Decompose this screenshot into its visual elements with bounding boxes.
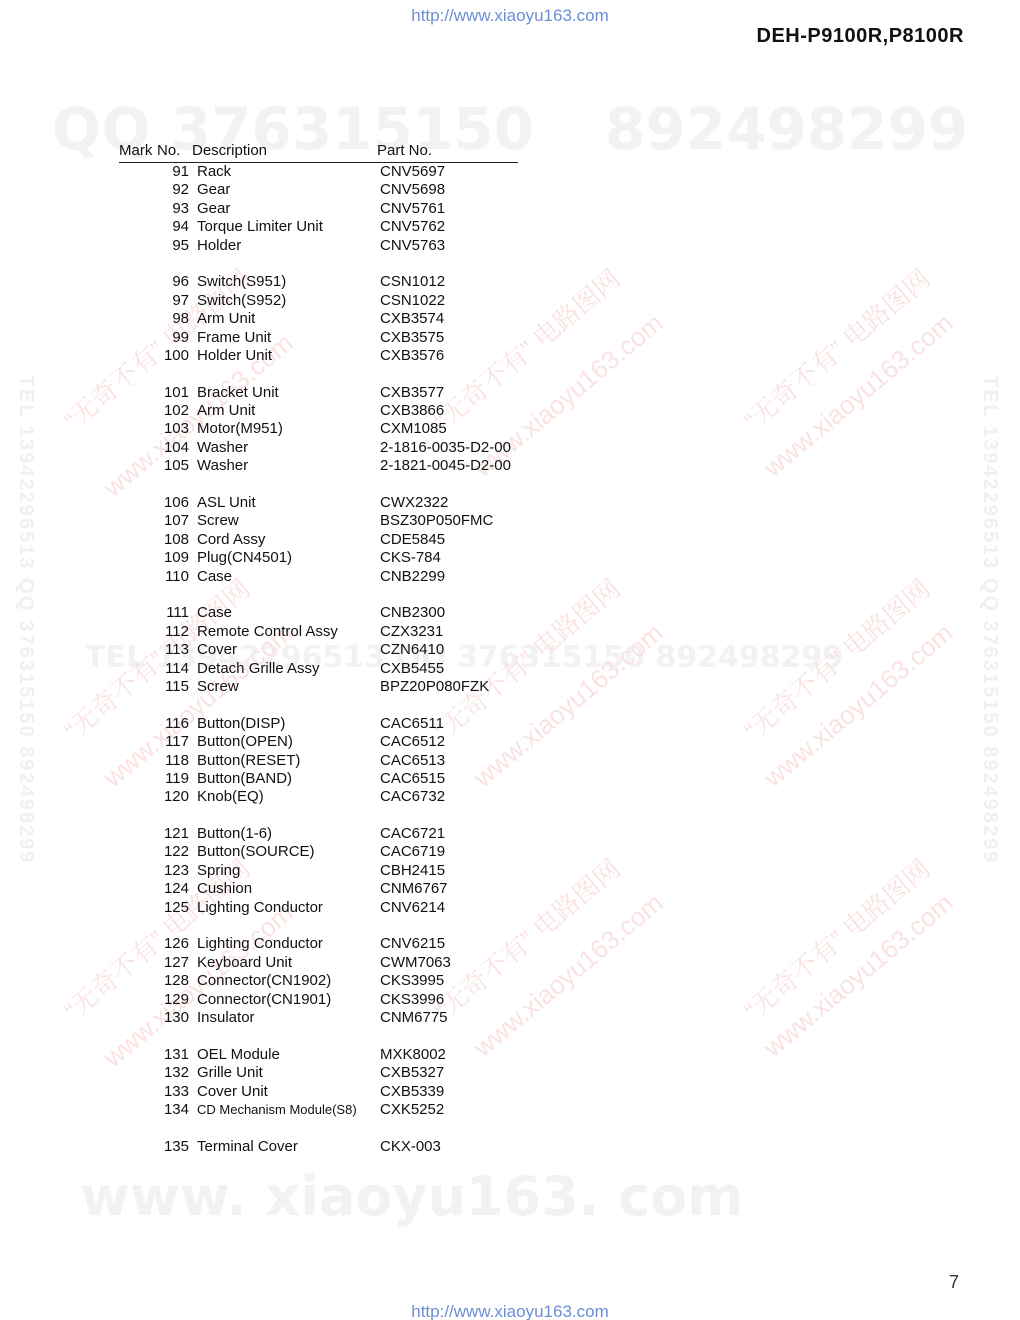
group-spacer [119, 586, 518, 604]
header-no: No. [157, 142, 187, 162]
row-description: Insulator [189, 1009, 380, 1027]
row-description: Arm Unit [189, 402, 380, 420]
group-spacer [119, 1027, 518, 1045]
row-description: Switch(S951) [189, 273, 380, 291]
row-part-no: CNV5698 [380, 181, 518, 199]
row-part-no: CAC6511 [380, 715, 518, 733]
row-description: Arm Unit [189, 310, 380, 328]
row-mark [119, 752, 157, 770]
row-description: Bracket Unit [189, 384, 380, 402]
row-no: 100 [157, 347, 189, 365]
row-no: 104 [157, 439, 189, 457]
row-description: Grille Unit [189, 1064, 380, 1082]
row-description: CD Mechanism Module(S8) [189, 1101, 380, 1119]
row-part-no: CWX2322 [380, 494, 518, 512]
row-no: 94 [157, 218, 189, 236]
row-no: 132 [157, 1064, 189, 1082]
row-mark [119, 935, 157, 953]
row-no: 126 [157, 935, 189, 953]
group-spacer [119, 917, 518, 935]
table-row: 96Switch(S951)CSN1012 [119, 273, 518, 291]
row-description: Washer [189, 439, 380, 457]
table-row: 131OEL ModuleMXK8002 [119, 1046, 518, 1064]
row-no: 125 [157, 899, 189, 917]
row-mark [119, 1083, 157, 1101]
row-mark [119, 237, 157, 255]
row-description: Button(DISP) [189, 715, 380, 733]
row-no: 117 [157, 733, 189, 751]
row-mark [119, 1046, 157, 1064]
page-number: 7 [949, 1272, 959, 1293]
row-part-no: CXM1085 [380, 420, 518, 438]
row-no: 102 [157, 402, 189, 420]
row-part-no: CXB3575 [380, 329, 518, 347]
row-no: 98 [157, 310, 189, 328]
table-row: 117Button(OPEN)CAC6512 [119, 733, 518, 751]
row-no: 128 [157, 972, 189, 990]
header-mark: Mark [119, 142, 157, 162]
row-description: Cover [189, 641, 380, 659]
row-description: Case [189, 604, 380, 622]
row-mark [119, 384, 157, 402]
row-mark [119, 623, 157, 641]
header-url-link[interactable]: http://www.xiaoyu163.com [0, 6, 1020, 26]
model-title: DEH-P9100R,P8100R [757, 25, 965, 48]
group-spacer [119, 365, 518, 383]
row-part-no: CNM6767 [380, 880, 518, 898]
table-row: 97Switch(S952)CSN1022 [119, 292, 518, 310]
row-no: 106 [157, 494, 189, 512]
row-mark [119, 200, 157, 218]
table-row: 104Washer2-1816-0035-D2-00 [119, 439, 518, 457]
row-mark [119, 641, 157, 659]
row-part-no: CXB3576 [380, 347, 518, 365]
row-no: 133 [157, 1083, 189, 1101]
row-no: 122 [157, 843, 189, 861]
row-mark [119, 972, 157, 990]
table-body: 91RackCNV569792GearCNV569893GearCNV57619… [119, 163, 518, 1156]
parts-list-table: Mark No. Description Part No. 91RackCNV5… [119, 142, 518, 1156]
table-row: 108Cord AssyCDE5845 [119, 531, 518, 549]
row-mark [119, 329, 157, 347]
header-description: Description [187, 142, 377, 162]
row-part-no: CNM6775 [380, 1009, 518, 1027]
row-part-no: 2-1816-0035-D2-00 [380, 439, 518, 457]
row-part-no: CSN1022 [380, 292, 518, 310]
row-part-no: CXB5339 [380, 1083, 518, 1101]
row-mark [119, 678, 157, 696]
row-part-no: CBH2415 [380, 862, 518, 880]
row-no: 101 [157, 384, 189, 402]
row-part-no: CNB2299 [380, 568, 518, 586]
table-row: 116Button(DISP)CAC6511 [119, 715, 518, 733]
row-mark [119, 788, 157, 806]
row-description: Holder [189, 237, 380, 255]
table-row: 95HolderCNV5763 [119, 237, 518, 255]
row-mark [119, 660, 157, 678]
row-no: 109 [157, 549, 189, 567]
row-no: 92 [157, 181, 189, 199]
row-mark [119, 512, 157, 530]
row-mark [119, 163, 157, 181]
row-part-no: CKS-784 [380, 549, 518, 567]
row-mark [119, 715, 157, 733]
watermark-side-right: TEL 13942296513 QQ 376315150 892498299 [978, 375, 1001, 864]
row-part-no: CDE5845 [380, 531, 518, 549]
row-description: Detach Grille Assy [189, 660, 380, 678]
row-no: 120 [157, 788, 189, 806]
row-part-no: CXB3866 [380, 402, 518, 420]
table-row: 119Button(BAND)CAC6515 [119, 770, 518, 788]
table-row: 98Arm UnitCXB3574 [119, 310, 518, 328]
row-part-no: CXB3577 [380, 384, 518, 402]
row-part-no: CXB3574 [380, 310, 518, 328]
row-no: 91 [157, 163, 189, 181]
table-row: 93GearCNV5761 [119, 200, 518, 218]
row-mark [119, 292, 157, 310]
watermark-side-left: TEL 13942296513 QQ 376315150 892498299 [14, 375, 37, 864]
row-description: Case [189, 568, 380, 586]
row-no: 95 [157, 237, 189, 255]
row-part-no: CNV5761 [380, 200, 518, 218]
row-mark [119, 899, 157, 917]
row-mark [119, 733, 157, 751]
row-description: Plug(CN4501) [189, 549, 380, 567]
row-no: 114 [157, 660, 189, 678]
table-row: 100Holder UnitCXB3576 [119, 347, 518, 365]
row-no: 135 [157, 1138, 189, 1156]
row-no: 123 [157, 862, 189, 880]
table-row: 133Cover UnitCXB5339 [119, 1083, 518, 1101]
footer-url-link[interactable]: http://www.xiaoyu163.com [0, 1302, 1020, 1320]
row-mark [119, 568, 157, 586]
row-no: 134 [157, 1101, 189, 1119]
row-mark [119, 218, 157, 236]
row-no: 97 [157, 292, 189, 310]
row-no: 99 [157, 329, 189, 347]
row-description: Remote Control Assy [189, 623, 380, 641]
row-no: 113 [157, 641, 189, 659]
row-description: Screw [189, 678, 380, 696]
row-part-no: CAC6732 [380, 788, 518, 806]
row-part-no: CAC6721 [380, 825, 518, 843]
row-description: Screw [189, 512, 380, 530]
row-no: 107 [157, 512, 189, 530]
row-part-no: CXK5252 [380, 1101, 518, 1119]
row-part-no: BPZ20P080FZK [380, 678, 518, 696]
row-part-no: CAC6719 [380, 843, 518, 861]
row-description: Button(BAND) [189, 770, 380, 788]
table-row: 132Grille UnitCXB5327 [119, 1064, 518, 1082]
row-mark [119, 181, 157, 199]
row-part-no: CNV5763 [380, 237, 518, 255]
row-description: Lighting Conductor [189, 899, 380, 917]
row-part-no: CSN1012 [380, 273, 518, 291]
row-part-no: CKX-003 [380, 1138, 518, 1156]
table-row: 110CaseCNB2299 [119, 568, 518, 586]
row-description: Cord Assy [189, 531, 380, 549]
table-row: 124CushionCNM6767 [119, 880, 518, 898]
row-mark [119, 457, 157, 475]
row-mark [119, 954, 157, 972]
row-description: Torque Limiter Unit [189, 218, 380, 236]
table-row: 126Lighting ConductorCNV6215 [119, 935, 518, 953]
row-mark [119, 1064, 157, 1082]
table-row: 118Button(RESET)CAC6513 [119, 752, 518, 770]
row-description: Connector(CN1901) [189, 991, 380, 1009]
row-mark [119, 402, 157, 420]
row-part-no: CXB5455 [380, 660, 518, 678]
row-description: Terminal Cover [189, 1138, 380, 1156]
table-row: 99Frame UnitCXB3575 [119, 329, 518, 347]
table-row: 120Knob(EQ)CAC6732 [119, 788, 518, 806]
header-part-no: Part No. [377, 142, 518, 162]
row-description: Washer [189, 457, 380, 475]
table-row: 94Torque Limiter UnitCNV5762 [119, 218, 518, 236]
row-description: Gear [189, 181, 380, 199]
row-description: Button(RESET) [189, 752, 380, 770]
table-row: 130InsulatorCNM6775 [119, 1009, 518, 1027]
row-part-no: CWM7063 [380, 954, 518, 972]
row-mark [119, 347, 157, 365]
row-mark [119, 439, 157, 457]
row-mark [119, 1009, 157, 1027]
row-description: Switch(S952) [189, 292, 380, 310]
group-spacer [119, 1119, 518, 1137]
row-no: 119 [157, 770, 189, 788]
table-row: 106ASL UnitCWX2322 [119, 494, 518, 512]
row-description: Cover Unit [189, 1083, 380, 1101]
row-part-no: CXB5327 [380, 1064, 518, 1082]
row-no: 111 [157, 604, 189, 622]
row-part-no: CKS3995 [380, 972, 518, 990]
row-mark [119, 825, 157, 843]
table-row: 135Terminal CoverCKX-003 [119, 1138, 518, 1156]
row-description: Button(1-6) [189, 825, 380, 843]
table-row: 105Washer2-1821-0045-D2-00 [119, 457, 518, 475]
row-description: Lighting Conductor [189, 935, 380, 953]
row-mark [119, 549, 157, 567]
table-row: 114Detach Grille AssyCXB5455 [119, 660, 518, 678]
row-part-no: CNV5697 [380, 163, 518, 181]
row-mark [119, 1138, 157, 1156]
row-description: Spring [189, 862, 380, 880]
table-row: 125Lighting ConductorCNV6214 [119, 899, 518, 917]
row-no: 127 [157, 954, 189, 972]
row-mark [119, 880, 157, 898]
table-row: 115ScrewBPZ20P080FZK [119, 678, 518, 696]
row-part-no: CAC6512 [380, 733, 518, 751]
row-no: 129 [157, 991, 189, 1009]
table-row: 112Remote Control AssyCZX3231 [119, 623, 518, 641]
table-row: 109Plug(CN4501)CKS-784 [119, 549, 518, 567]
row-description: Motor(M951) [189, 420, 380, 438]
row-no: 108 [157, 531, 189, 549]
row-description: Cushion [189, 880, 380, 898]
row-part-no: 2-1821-0045-D2-00 [380, 457, 518, 475]
row-part-no: CKS3996 [380, 991, 518, 1009]
row-mark [119, 273, 157, 291]
row-part-no: CZX3231 [380, 623, 518, 641]
row-mark [119, 310, 157, 328]
row-description: OEL Module [189, 1046, 380, 1064]
watermark-qq-top-right: 892498299 [605, 95, 968, 163]
row-mark [119, 862, 157, 880]
row-mark [119, 494, 157, 512]
table-row: 103Motor(M951)CXM1085 [119, 420, 518, 438]
row-description: Knob(EQ) [189, 788, 380, 806]
row-description: Rack [189, 163, 380, 181]
table-row: 92GearCNV5698 [119, 181, 518, 199]
table-row: 102Arm UnitCXB3866 [119, 402, 518, 420]
row-mark [119, 1101, 157, 1119]
row-mark [119, 843, 157, 861]
row-part-no: MXK8002 [380, 1046, 518, 1064]
row-no: 96 [157, 273, 189, 291]
table-row: 129Connector(CN1901)CKS3996 [119, 991, 518, 1009]
table-header: Mark No. Description Part No. [119, 142, 518, 163]
row-no: 131 [157, 1046, 189, 1064]
table-row: 123SpringCBH2415 [119, 862, 518, 880]
table-row: 127Keyboard UnitCWM7063 [119, 954, 518, 972]
row-part-no: CAC6515 [380, 770, 518, 788]
row-part-no: CZN6410 [380, 641, 518, 659]
row-description: Gear [189, 200, 380, 218]
row-no: 130 [157, 1009, 189, 1027]
table-row: 134CD Mechanism Module(S8)CXK5252 [119, 1101, 518, 1119]
row-description: Connector(CN1902) [189, 972, 380, 990]
row-no: 110 [157, 568, 189, 586]
row-mark [119, 991, 157, 1009]
row-part-no: CNV6215 [380, 935, 518, 953]
watermark-bottom: www. xiaoyu163. com [80, 1165, 743, 1228]
group-spacer [119, 807, 518, 825]
group-spacer [119, 255, 518, 273]
row-no: 112 [157, 623, 189, 641]
table-row: 91RackCNV5697 [119, 163, 518, 181]
row-no: 118 [157, 752, 189, 770]
row-description: Button(OPEN) [189, 733, 380, 751]
table-row: 122Button(SOURCE)CAC6719 [119, 843, 518, 861]
row-description: Holder Unit [189, 347, 380, 365]
row-no: 124 [157, 880, 189, 898]
row-part-no: CNV5762 [380, 218, 518, 236]
row-part-no: BSZ30P050FMC [380, 512, 518, 530]
table-row: 121Button(1-6)CAC6721 [119, 825, 518, 843]
table-row: 111CaseCNB2300 [119, 604, 518, 622]
row-no: 105 [157, 457, 189, 475]
row-no: 103 [157, 420, 189, 438]
row-description: ASL Unit [189, 494, 380, 512]
row-no: 121 [157, 825, 189, 843]
row-no: 116 [157, 715, 189, 733]
table-row: 107ScrewBSZ30P050FMC [119, 512, 518, 530]
row-description: Keyboard Unit [189, 954, 380, 972]
row-mark [119, 420, 157, 438]
row-mark [119, 604, 157, 622]
row-part-no: CAC6513 [380, 752, 518, 770]
row-mark [119, 531, 157, 549]
row-description: Button(SOURCE) [189, 843, 380, 861]
table-row: 113CoverCZN6410 [119, 641, 518, 659]
row-no: 93 [157, 200, 189, 218]
group-spacer [119, 476, 518, 494]
table-row: 128Connector(CN1902)CKS3995 [119, 972, 518, 990]
row-part-no: CNB2300 [380, 604, 518, 622]
row-no: 115 [157, 678, 189, 696]
table-row: 101Bracket UnitCXB3577 [119, 384, 518, 402]
row-part-no: CNV6214 [380, 899, 518, 917]
row-description: Frame Unit [189, 329, 380, 347]
group-spacer [119, 696, 518, 714]
row-mark [119, 770, 157, 788]
